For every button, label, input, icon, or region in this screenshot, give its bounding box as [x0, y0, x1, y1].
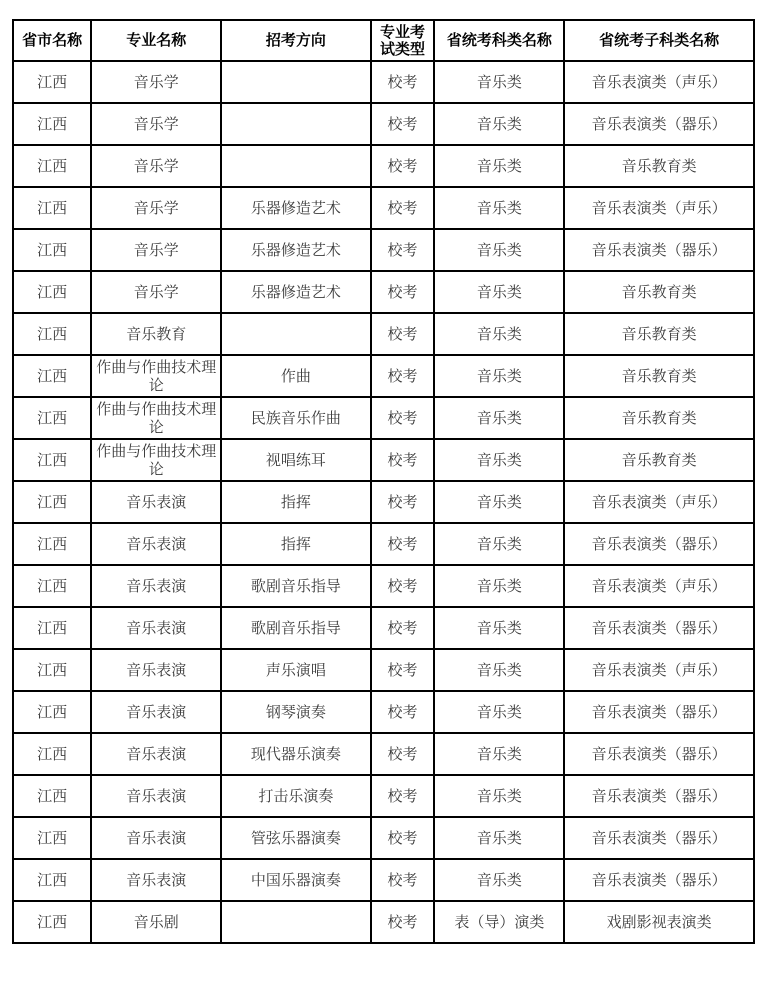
cell-subcategory: 音乐表演类（器乐）	[564, 775, 754, 817]
cell-category: 音乐类	[434, 817, 564, 859]
cell-direction	[221, 103, 370, 145]
cell-subcategory: 音乐表演类（声乐）	[564, 187, 754, 229]
cell-province: 江西	[13, 859, 91, 901]
cell-major: 音乐表演	[91, 649, 221, 691]
cell-major: 音乐表演	[91, 607, 221, 649]
cell-province: 江西	[13, 607, 91, 649]
cell-category: 音乐类	[434, 61, 564, 103]
cell-direction: 乐器修造艺术	[221, 271, 370, 313]
cell-category: 音乐类	[434, 523, 564, 565]
cell-exam-type: 校考	[371, 523, 435, 565]
cell-category: 表（导）演类	[434, 901, 564, 943]
cell-subcategory: 音乐表演类（器乐）	[564, 733, 754, 775]
cell-province: 江西	[13, 313, 91, 355]
cell-category: 音乐类	[434, 859, 564, 901]
header-subcategory: 省统考子科类名称	[564, 20, 754, 61]
table-row: 江西音乐学乐器修造艺术校考音乐类音乐教育类	[13, 271, 754, 313]
cell-direction: 声乐演唱	[221, 649, 370, 691]
cell-subcategory: 音乐表演类（声乐）	[564, 481, 754, 523]
cell-subcategory: 音乐表演类（声乐）	[564, 61, 754, 103]
cell-exam-type: 校考	[371, 733, 435, 775]
header-major: 专业名称	[91, 20, 221, 61]
cell-subcategory: 音乐表演类（声乐）	[564, 565, 754, 607]
cell-exam-type: 校考	[371, 229, 435, 271]
cell-exam-type: 校考	[371, 61, 435, 103]
cell-province: 江西	[13, 523, 91, 565]
cell-exam-type: 校考	[371, 187, 435, 229]
cell-province: 江西	[13, 145, 91, 187]
header-province: 省市名称	[13, 20, 91, 61]
table-row: 江西音乐学校考音乐类音乐表演类（器乐）	[13, 103, 754, 145]
cell-category: 音乐类	[434, 607, 564, 649]
table-row: 江西音乐学乐器修造艺术校考音乐类音乐表演类（声乐）	[13, 187, 754, 229]
cell-direction: 打击乐演奏	[221, 775, 370, 817]
cell-province: 江西	[13, 481, 91, 523]
cell-direction: 视唱练耳	[221, 439, 370, 481]
cell-subcategory: 音乐教育类	[564, 313, 754, 355]
header-exam-type: 专业考试类型	[371, 20, 435, 61]
cell-province: 江西	[13, 565, 91, 607]
cell-exam-type: 校考	[371, 565, 435, 607]
cell-category: 音乐类	[434, 355, 564, 397]
cell-direction: 民族音乐作曲	[221, 397, 370, 439]
cell-category: 音乐类	[434, 271, 564, 313]
cell-subcategory: 戏剧影视表演类	[564, 901, 754, 943]
cell-province: 江西	[13, 355, 91, 397]
cell-province: 江西	[13, 103, 91, 145]
table-row: 江西作曲与作曲技术理论民族音乐作曲校考音乐类音乐教育类	[13, 397, 754, 439]
cell-exam-type: 校考	[371, 271, 435, 313]
cell-direction: 歌剧音乐指导	[221, 607, 370, 649]
header-category: 省统考科类名称	[434, 20, 564, 61]
cell-province: 江西	[13, 61, 91, 103]
cell-exam-type: 校考	[371, 901, 435, 943]
cell-category: 音乐类	[434, 775, 564, 817]
cell-province: 江西	[13, 187, 91, 229]
cell-subcategory: 音乐教育类	[564, 271, 754, 313]
cell-direction	[221, 145, 370, 187]
cell-direction: 现代器乐演奏	[221, 733, 370, 775]
cell-category: 音乐类	[434, 397, 564, 439]
cell-province: 江西	[13, 775, 91, 817]
cell-exam-type: 校考	[371, 313, 435, 355]
cell-subcategory: 音乐表演类（器乐）	[564, 103, 754, 145]
cell-province: 江西	[13, 901, 91, 943]
cell-category: 音乐类	[434, 733, 564, 775]
cell-province: 江西	[13, 817, 91, 859]
cell-exam-type: 校考	[371, 607, 435, 649]
cell-major: 音乐学	[91, 145, 221, 187]
cell-exam-type: 校考	[371, 817, 435, 859]
header-direction: 招考方向	[221, 20, 370, 61]
cell-category: 音乐类	[434, 649, 564, 691]
cell-major: 音乐表演	[91, 859, 221, 901]
table-row: 江西音乐表演管弦乐器演奏校考音乐类音乐表演类（器乐）	[13, 817, 754, 859]
table-row: 江西音乐学校考音乐类音乐教育类	[13, 145, 754, 187]
cell-direction: 指挥	[221, 481, 370, 523]
cell-major: 音乐学	[91, 271, 221, 313]
cell-subcategory: 音乐表演类（器乐）	[564, 691, 754, 733]
cell-exam-type: 校考	[371, 649, 435, 691]
cell-major: 作曲与作曲技术理论	[91, 439, 221, 481]
cell-subcategory: 音乐教育类	[564, 145, 754, 187]
cell-major: 音乐表演	[91, 523, 221, 565]
table-row: 江西音乐表演中国乐器演奏校考音乐类音乐表演类（器乐）	[13, 859, 754, 901]
cell-province: 江西	[13, 733, 91, 775]
table-row: 江西作曲与作曲技术理论作曲校考音乐类音乐教育类	[13, 355, 754, 397]
table-row: 江西音乐剧校考表（导）演类戏剧影视表演类	[13, 901, 754, 943]
cell-province: 江西	[13, 271, 91, 313]
cell-direction	[221, 901, 370, 943]
cell-exam-type: 校考	[371, 775, 435, 817]
table-row: 江西音乐表演歌剧音乐指导校考音乐类音乐表演类（器乐）	[13, 607, 754, 649]
cell-province: 江西	[13, 229, 91, 271]
cell-category: 音乐类	[434, 229, 564, 271]
table-header: 省市名称 专业名称 招考方向 专业考试类型 省统考科类名称 省统考子科类名称	[13, 20, 754, 61]
cell-major: 音乐学	[91, 229, 221, 271]
table-row: 江西音乐表演钢琴演奏校考音乐类音乐表演类（器乐）	[13, 691, 754, 733]
table-row: 江西音乐表演歌剧音乐指导校考音乐类音乐表演类（声乐）	[13, 565, 754, 607]
cell-province: 江西	[13, 397, 91, 439]
cell-subcategory: 音乐表演类（器乐）	[564, 859, 754, 901]
cell-exam-type: 校考	[371, 439, 435, 481]
table-row: 江西音乐表演现代器乐演奏校考音乐类音乐表演类（器乐）	[13, 733, 754, 775]
cell-direction: 作曲	[221, 355, 370, 397]
cell-category: 音乐类	[434, 187, 564, 229]
admissions-table: 省市名称 专业名称 招考方向 专业考试类型 省统考科类名称 省统考子科类名称 江…	[12, 19, 755, 944]
cell-exam-type: 校考	[371, 691, 435, 733]
table-row: 江西音乐学校考音乐类音乐表演类（声乐）	[13, 61, 754, 103]
cell-subcategory: 音乐表演类（器乐）	[564, 229, 754, 271]
table-row: 江西音乐学乐器修造艺术校考音乐类音乐表演类（器乐）	[13, 229, 754, 271]
cell-direction: 乐器修造艺术	[221, 229, 370, 271]
cell-category: 音乐类	[434, 145, 564, 187]
cell-major: 音乐学	[91, 103, 221, 145]
cell-major: 音乐表演	[91, 733, 221, 775]
table-row: 江西音乐表演打击乐演奏校考音乐类音乐表演类（器乐）	[13, 775, 754, 817]
cell-province: 江西	[13, 649, 91, 691]
table-row: 江西音乐表演指挥校考音乐类音乐表演类（器乐）	[13, 523, 754, 565]
cell-exam-type: 校考	[371, 145, 435, 187]
cell-category: 音乐类	[434, 565, 564, 607]
table-row: 江西音乐教育校考音乐类音乐教育类	[13, 313, 754, 355]
cell-major: 音乐学	[91, 187, 221, 229]
cell-direction	[221, 313, 370, 355]
cell-category: 音乐类	[434, 481, 564, 523]
cell-major: 作曲与作曲技术理论	[91, 397, 221, 439]
cell-direction: 歌剧音乐指导	[221, 565, 370, 607]
cell-subcategory: 音乐表演类（声乐）	[564, 649, 754, 691]
cell-province: 江西	[13, 691, 91, 733]
cell-major: 音乐表演	[91, 775, 221, 817]
cell-major: 音乐表演	[91, 817, 221, 859]
cell-direction: 中国乐器演奏	[221, 859, 370, 901]
table-row: 江西音乐表演声乐演唱校考音乐类音乐表演类（声乐）	[13, 649, 754, 691]
cell-direction	[221, 61, 370, 103]
cell-subcategory: 音乐表演类（器乐）	[564, 523, 754, 565]
cell-subcategory: 音乐教育类	[564, 439, 754, 481]
cell-category: 音乐类	[434, 439, 564, 481]
cell-major: 音乐表演	[91, 691, 221, 733]
cell-major: 音乐教育	[91, 313, 221, 355]
header-row: 省市名称 专业名称 招考方向 专业考试类型 省统考科类名称 省统考子科类名称	[13, 20, 754, 61]
cell-exam-type: 校考	[371, 859, 435, 901]
cell-subcategory: 音乐教育类	[564, 355, 754, 397]
cell-direction: 乐器修造艺术	[221, 187, 370, 229]
table-body: 江西音乐学校考音乐类音乐表演类（声乐）江西音乐学校考音乐类音乐表演类（器乐）江西…	[13, 61, 754, 943]
cell-major: 音乐学	[91, 61, 221, 103]
cell-direction: 管弦乐器演奏	[221, 817, 370, 859]
cell-exam-type: 校考	[371, 481, 435, 523]
cell-exam-type: 校考	[371, 355, 435, 397]
cell-direction: 钢琴演奏	[221, 691, 370, 733]
table-row: 江西作曲与作曲技术理论视唱练耳校考音乐类音乐教育类	[13, 439, 754, 481]
cell-exam-type: 校考	[371, 397, 435, 439]
cell-major: 音乐表演	[91, 481, 221, 523]
cell-major: 音乐表演	[91, 565, 221, 607]
cell-category: 音乐类	[434, 313, 564, 355]
cell-exam-type: 校考	[371, 103, 435, 145]
table-row: 江西音乐表演指挥校考音乐类音乐表演类（声乐）	[13, 481, 754, 523]
cell-major: 音乐剧	[91, 901, 221, 943]
cell-subcategory: 音乐教育类	[564, 397, 754, 439]
cell-major: 作曲与作曲技术理论	[91, 355, 221, 397]
cell-subcategory: 音乐表演类（器乐）	[564, 817, 754, 859]
cell-direction: 指挥	[221, 523, 370, 565]
cell-subcategory: 音乐表演类（器乐）	[564, 607, 754, 649]
cell-category: 音乐类	[434, 103, 564, 145]
cell-province: 江西	[13, 439, 91, 481]
cell-category: 音乐类	[434, 691, 564, 733]
